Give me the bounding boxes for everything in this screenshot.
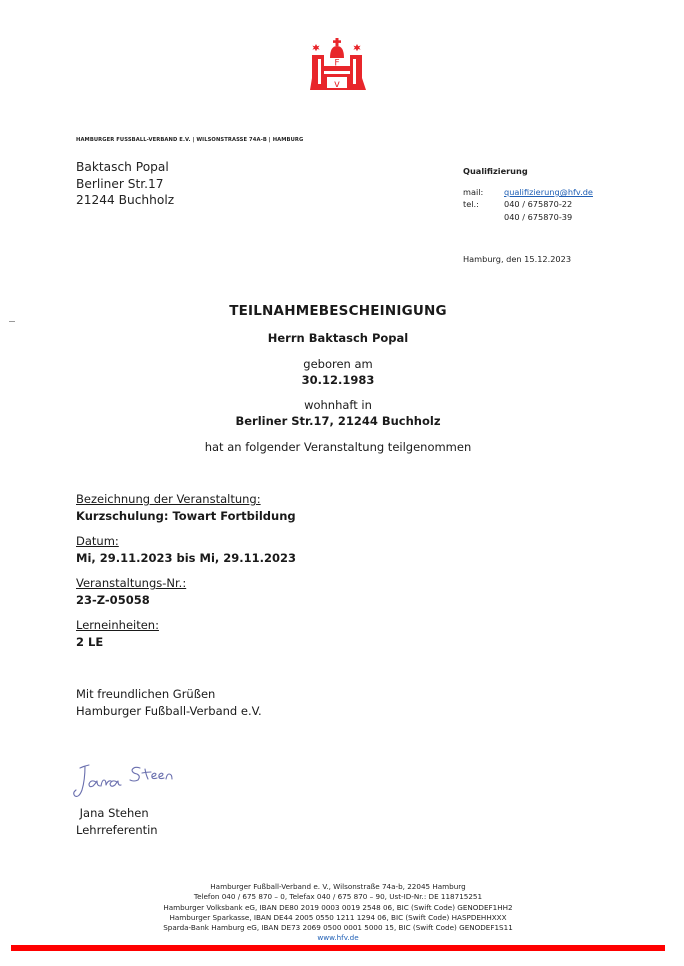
svg-text:F: F: [334, 59, 339, 69]
field-label: Lerneinheiten:: [76, 617, 159, 634]
recipient-name: Baktasch Popal: [76, 159, 174, 176]
signature-icon: [70, 760, 185, 802]
footer-line: Hamburger Volksbank eG, IBAN DE80 2019 0…: [0, 903, 676, 913]
signer-role: Lehrreferentin: [76, 822, 158, 839]
sender-line: HAMBURGER FUSSBALL-VERBAND E.V. | WILSON…: [76, 137, 303, 143]
footer-line: Sparda-Bank Hamburg eG, IBAN DE73 2069 0…: [0, 923, 676, 933]
field-value: Kurzschulung: Towart Fortbildung: [76, 508, 296, 525]
field-event-number: Veranstaltungs-Nr.: 23-Z-05058: [76, 575, 186, 609]
footer-red-bar: [11, 945, 665, 951]
footer: Hamburger Fußball-Verband e. V., Wilsons…: [0, 882, 676, 944]
residence-value: Berliner Str.17, 21244 Buchholz: [0, 414, 676, 428]
footer-line: Telefon 040 / 675 870 – 0, Telefax 040 /…: [0, 892, 676, 902]
footer-line: Hamburger Fußball-Verband e. V., Wilsons…: [0, 882, 676, 892]
participation-statement: hat an folgender Veranstaltung teilgenom…: [0, 440, 676, 454]
recipient-address: Baktasch Popal Berliner Str.17 21244 Buc…: [76, 159, 174, 209]
certificate-title: TEILNAHMEBESCHEINIGUNG: [0, 303, 676, 319]
field-label: Veranstaltungs-Nr.:: [76, 575, 186, 592]
date-line: Hamburg, den 15.12.2023: [463, 254, 571, 264]
residence-label: wohnhaft in: [0, 398, 676, 412]
field-value: Mi, 29.11.2023 bis Mi, 29.11.2023: [76, 550, 296, 567]
tel-label: tel.:: [463, 198, 504, 210]
fold-mark: [9, 321, 15, 322]
tel-2: 040 / 675870-39: [504, 211, 572, 223]
field-event-name: Bezeichnung der Veranstaltung: Kurzschul…: [76, 491, 296, 525]
field-value: 2 LE: [76, 634, 159, 651]
signer: Jana Stehen Lehrreferentin: [76, 805, 158, 839]
field-label: Datum:: [76, 533, 296, 550]
field-learning-units: Lerneinheiten: 2 LE: [76, 617, 159, 651]
greeting: Mit freundlichen Grüßen: [76, 686, 262, 703]
signer-name: Jana Stehen: [76, 805, 158, 822]
department-title: Qualifizierung: [463, 166, 528, 176]
recipient-city: 21244 Buchholz: [76, 192, 174, 209]
svg-text:v: v: [334, 79, 340, 90]
contact-block: mail:qualifizierung@hfv.de tel.:040 / 67…: [463, 186, 593, 223]
field-value: 23-Z-05058: [76, 592, 186, 609]
participant-name: Herrn Baktasch Popal: [0, 331, 676, 345]
closing: Mit freundlichen Grüßen Hamburger Fußbal…: [76, 686, 262, 720]
field-date: Datum: Mi, 29.11.2023 bis Mi, 29.11.2023: [76, 533, 296, 567]
footer-line: Hamburger Sparkasse, IBAN DE44 2005 0550…: [0, 913, 676, 923]
hfv-logo-icon: F v: [310, 38, 366, 94]
recipient-street: Berliner Str.17: [76, 176, 174, 193]
website-link[interactable]: www.hfv.de: [317, 933, 358, 942]
mail-label: mail:: [463, 186, 504, 198]
organization: Hamburger Fußball-Verband e.V.: [76, 703, 262, 720]
born-label: geboren am: [0, 357, 676, 371]
tel-1: 040 / 675870-22: [504, 198, 572, 210]
born-value: 30.12.1983: [0, 373, 676, 387]
mail-link[interactable]: qualifizierung@hfv.de: [504, 186, 593, 198]
field-label: Bezeichnung der Veranstaltung:: [76, 491, 296, 508]
